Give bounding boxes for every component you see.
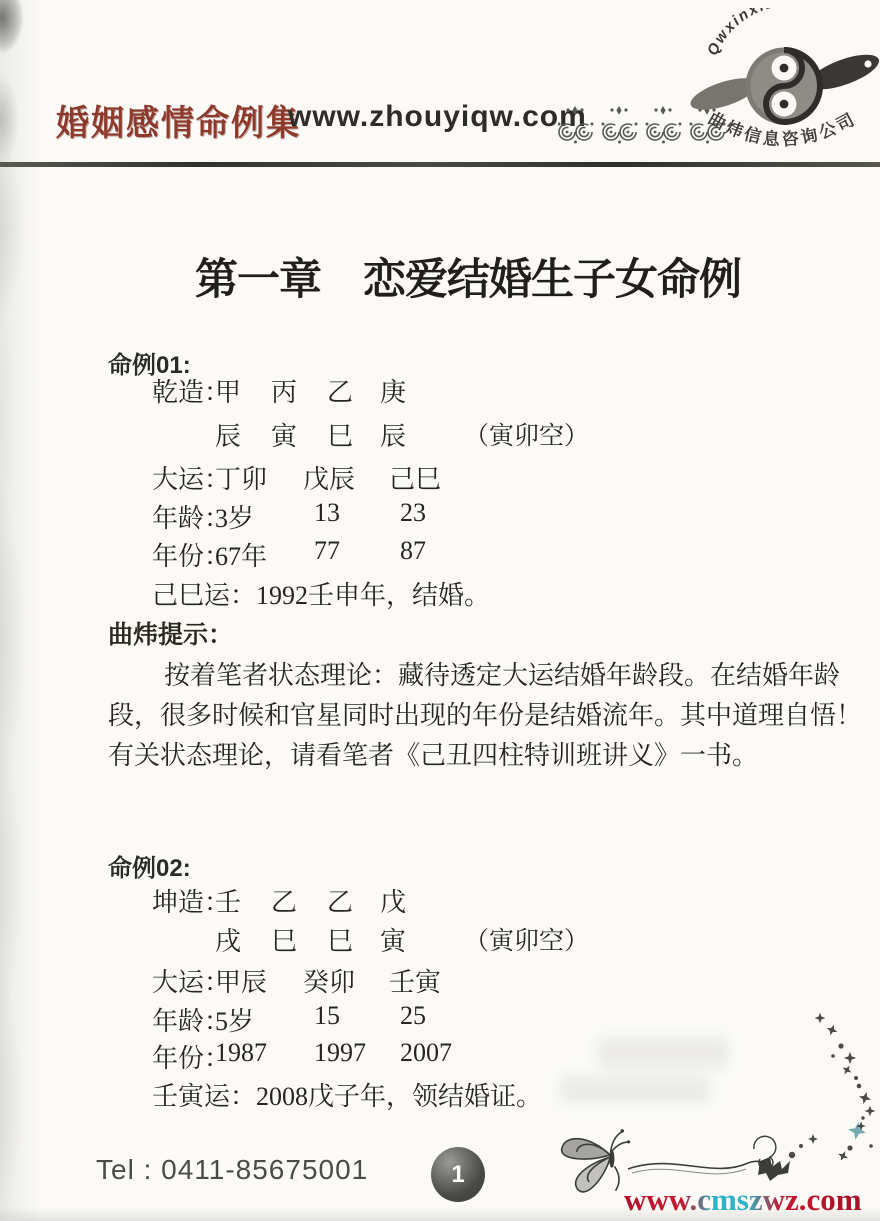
company-yinyang-fish-logo-icon: Qwxinxizixun 曲炜信息咨询公司 — [688, 8, 880, 171]
stem: 庚 — [380, 372, 406, 409]
year-value: 2007 — [400, 1038, 452, 1068]
stem: 乙 — [271, 882, 297, 919]
branch: 戌 — [215, 921, 241, 958]
branch: 巳 — [327, 921, 353, 958]
dayun-value: 戊辰 — [303, 459, 355, 496]
stem: 丙 — [271, 372, 297, 409]
stem: 壬 — [215, 882, 241, 919]
case-01-stems-row: 乾造： 甲 丙 乙 庚 — [0, 372, 880, 406]
year-value: 1997 — [314, 1038, 366, 1068]
case-02-branches-row: 戌 巳 巳 寅 （寅卯空） — [0, 921, 880, 955]
year-value: 1987 — [215, 1038, 267, 1068]
star-trail-decoration-icon — [795, 998, 880, 1165]
case-01-year-row: 年份： 67年 77 87 — [0, 536, 880, 570]
branch: 寅 — [380, 921, 406, 958]
stem: 甲 — [215, 372, 241, 409]
branch: 辰 — [215, 416, 241, 453]
case-02-stems-row: 坤造： 壬 乙 乙 戊 — [0, 882, 880, 916]
age-value: 23 — [400, 498, 426, 528]
tip-paragraph-line: 按着笔者状态理论：藏待透定大运结婚年龄段。在结婚年龄 — [164, 655, 840, 692]
case-result: 己巳运：1992壬申年，结婚。 — [152, 575, 490, 612]
void-note: （寅卯空） — [464, 921, 589, 957]
stem: 戊 — [380, 882, 406, 919]
age-value: 25 — [400, 1001, 426, 1031]
case-02-year-row: 年份： 1987 1997 2007 — [0, 1038, 880, 1072]
dayun-value: 己巳 — [389, 459, 441, 496]
dayun-value: 丁卯 — [215, 459, 267, 496]
case-02-age-row: 年龄： 5岁 15 25 — [0, 1001, 880, 1035]
tip-paragraph-line: 有关状态理论，请看笔者《己丑四柱特训班讲义》一书。 — [108, 735, 758, 772]
header-website-url: www.zhouyiqw.com — [288, 100, 587, 134]
header-divider-rule — [0, 162, 880, 167]
age-value: 15 — [314, 1001, 340, 1031]
dayun-value: 壬寅 — [389, 962, 441, 999]
case-01-age-row: 年龄： 3岁 13 23 — [0, 498, 880, 532]
scanned-book-page: 婚姻感情命例集 www.zhouyiqw.com — [0, 0, 880, 1221]
case-02-dayun-row: 大运： 甲辰 癸卯 壬寅 — [0, 962, 880, 996]
void-note: （寅卯空） — [464, 416, 589, 452]
case-01-dayun-row: 大运： 丁卯 戊辰 己巳 — [0, 459, 880, 493]
branch: 巳 — [271, 921, 297, 958]
branch: 巳 — [327, 416, 353, 453]
dayun-value: 甲辰 — [215, 962, 267, 999]
year-value: 67年 — [215, 536, 267, 573]
footer-website-url: www.cmszwz.com — [624, 1182, 862, 1218]
age-value: 13 — [314, 498, 340, 528]
case-01-result-row: 己巳运：1992壬申年，结婚。 — [0, 575, 880, 609]
case-result: 壬寅运：2008戊子年，领结婚证。 — [152, 1076, 542, 1113]
footer-telephone: Tel : 0411-85675001 — [96, 1154, 368, 1186]
dayun-value: 癸卯 — [303, 962, 355, 999]
age-value: 5岁 — [215, 1001, 254, 1038]
case-02-label: 命例02: — [108, 848, 191, 883]
year-value: 87 — [400, 536, 426, 566]
branch: 辰 — [380, 416, 406, 453]
year-value: 77 — [314, 536, 340, 566]
case-01-branches-row: 辰 寅 巳 辰 （寅卯空） — [0, 416, 880, 450]
tip-paragraph-line: 段，很多时候和官星同时出现的年份是结婚流年。其中道理自悟！ — [108, 695, 862, 732]
age-value: 3岁 — [215, 498, 254, 535]
author-tip-heading: 曲炜提示： — [108, 615, 233, 651]
stem: 乙 — [327, 372, 353, 409]
branch: 寅 — [271, 416, 297, 453]
page-number-badge: 1 — [431, 1147, 485, 1202]
chapter-title: 第一章 恋爱结婚生子女命例 — [195, 246, 741, 307]
book-title-calligraphy: 婚姻感情命例集 — [56, 96, 301, 146]
stem: 乙 — [327, 882, 353, 919]
